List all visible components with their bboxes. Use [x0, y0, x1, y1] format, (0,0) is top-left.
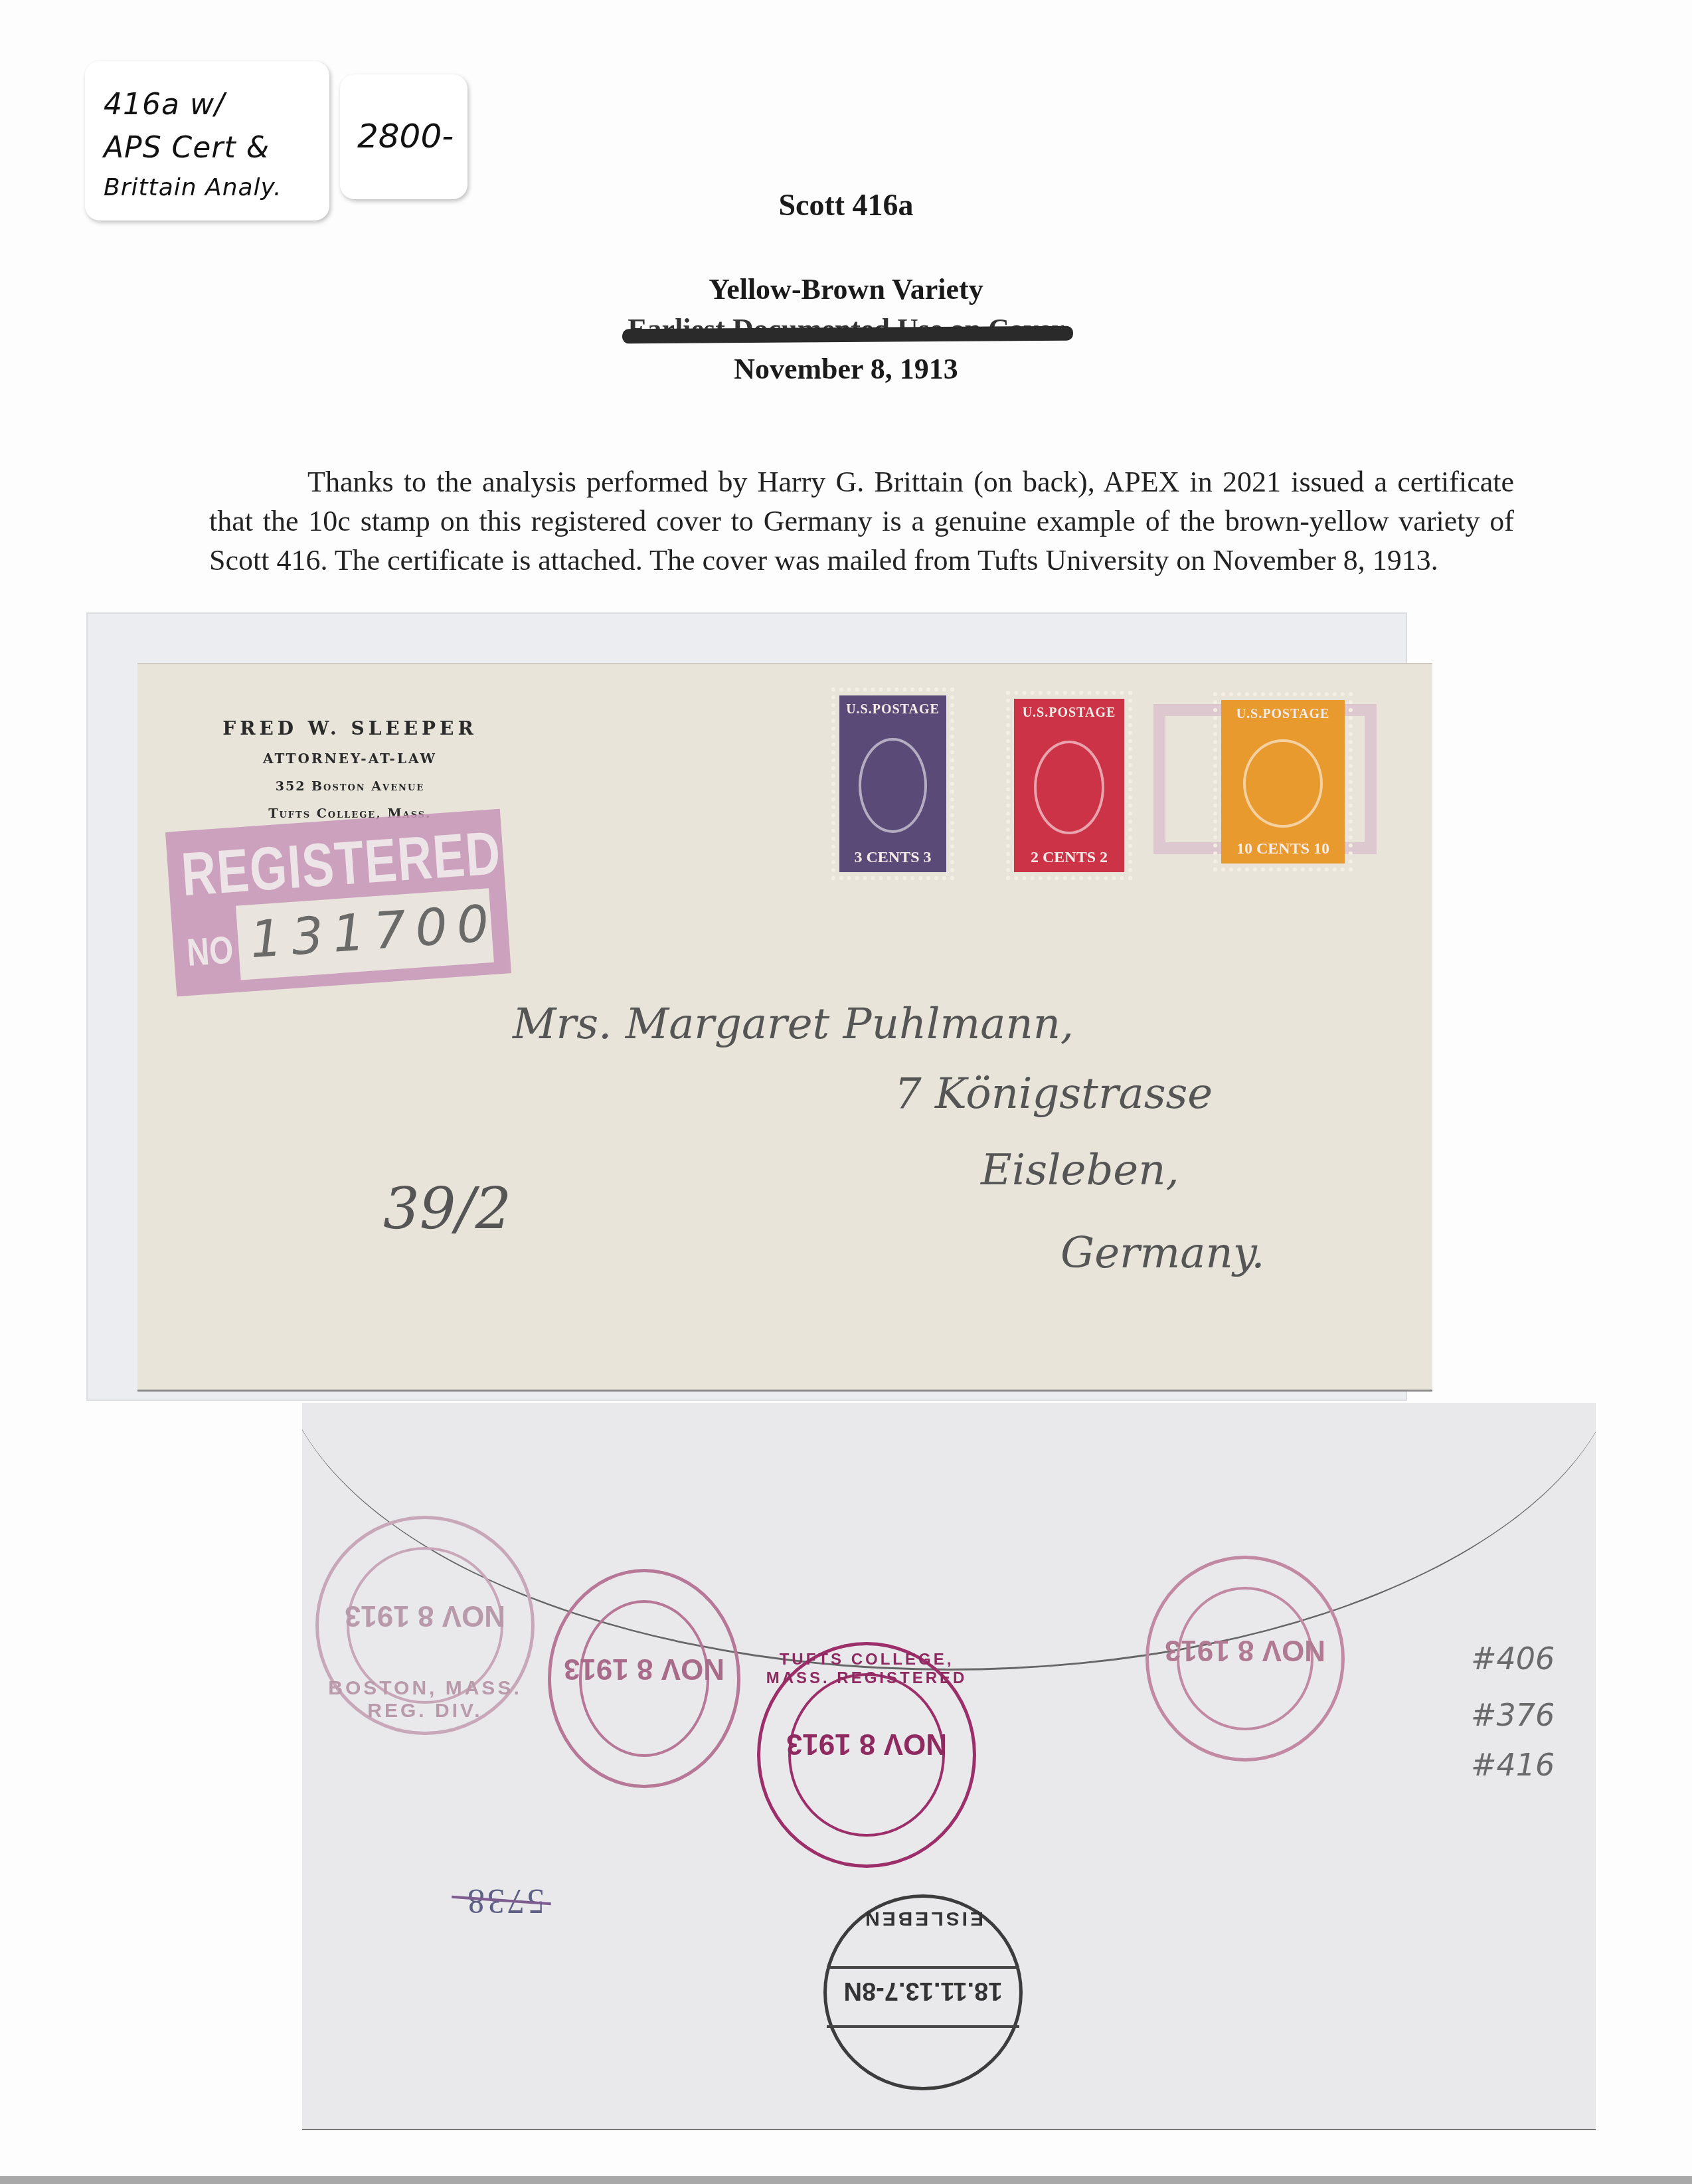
postmark-boston-reg-div: BOSTON, MASS. REG. DIV. NOV 8 1913 [315, 1516, 535, 1735]
stamp-header: U.S.POSTAGE [839, 702, 946, 717]
date-heading: November 8, 1913 [0, 352, 1692, 386]
pencil-note: #416 [1471, 1747, 1555, 1783]
postmark-eisleben: 18.11.13.7-8N EISLEBEN [823, 1894, 1023, 2090]
address-line: 7 Königstrasse [894, 1069, 1213, 1119]
postmark-boston-registered: NOV 8 1913 [548, 1569, 740, 1788]
stamp-denomination: 2 CENTS 2 [1014, 849, 1124, 867]
postmark-boston-central: NOV 8 1913 [1145, 1556, 1345, 1762]
pencil-note: #406 [1471, 1641, 1555, 1677]
front-cover: FRED W. SLEEPER ATTORNEY-AT-LAW 352 Bost… [137, 663, 1432, 1392]
postmark-date: 18.11.13.7-8N [827, 1975, 1019, 2006]
registered-handstamp: REGISTERED NO 131700 [165, 809, 511, 997]
scan-bottom-edge [0, 2176, 1692, 2184]
note-line: APS Cert & [104, 131, 270, 165]
stamp-denomination: 10 CENTS 10 [1221, 840, 1345, 858]
stamp-2-cent: U.S.POSTAGE 2 CENTS 2 [1006, 691, 1132, 880]
price-value: 2800- [357, 117, 454, 155]
postmark-tufts-college: TUFTS COLLEGE, MASS. REGISTERED NOV 8 19… [757, 1642, 976, 1868]
struck-text: Earliest Documented Use on Cover [628, 313, 1064, 345]
address-line: Germany. [1060, 1229, 1265, 1278]
description-paragraph: Thanks to the analysis performed by Harr… [209, 462, 1514, 580]
stamp-header: U.S.POSTAGE [1014, 705, 1124, 721]
price-label: 2800- [340, 74, 467, 199]
corner-card-address: 352 Boston Avenue [177, 779, 523, 794]
postmark-date: NOV 8 1913 [760, 1728, 973, 1759]
registration-number: 131700 [248, 893, 499, 969]
corner-card-title: ATTORNEY-AT-LAW [177, 751, 523, 767]
crossed-out-number: 5738 [465, 1881, 545, 1920]
handwritten-side-note: 39/2 [383, 1176, 511, 1242]
variety-subtitle: Yellow-Brown Variety [0, 272, 1692, 306]
page-title: Scott 416a [0, 187, 1692, 223]
registered-no-label: NO [185, 927, 234, 975]
stamp-3-cent: U.S.POSTAGE 3 CENTS 3 [831, 687, 954, 880]
address-line: Eisleben, [981, 1146, 1179, 1195]
struck-through-line: Earliest Documented Use on Cover [0, 312, 1692, 346]
postmark-date: NOV 8 1913 [1149, 1635, 1341, 1665]
corner-card-name: FRED W. SLEEPER [177, 717, 523, 739]
stamp-10-cent: U.S.POSTAGE 10 CENTS 10 [1213, 692, 1353, 871]
note-line: 416a w/ [104, 88, 225, 122]
portrait-oval-icon [1243, 739, 1322, 828]
stamp-denomination: 3 CENTS 3 [839, 849, 946, 867]
address-line: Mrs. Margaret Puhlmann, [513, 1000, 1074, 1049]
portrait-oval-icon [1034, 741, 1104, 834]
postmark-date: NOV 8 1913 [551, 1653, 737, 1684]
postmark-date: NOV 8 1913 [319, 1600, 531, 1631]
back-cover: BOSTON, MASS. REG. DIV. NOV 8 1913 NOV 8… [302, 1403, 1596, 2130]
pencil-note: #376 [1471, 1697, 1555, 1733]
portrait-oval-icon [859, 738, 927, 834]
stamp-header: U.S.POSTAGE [1221, 707, 1345, 722]
